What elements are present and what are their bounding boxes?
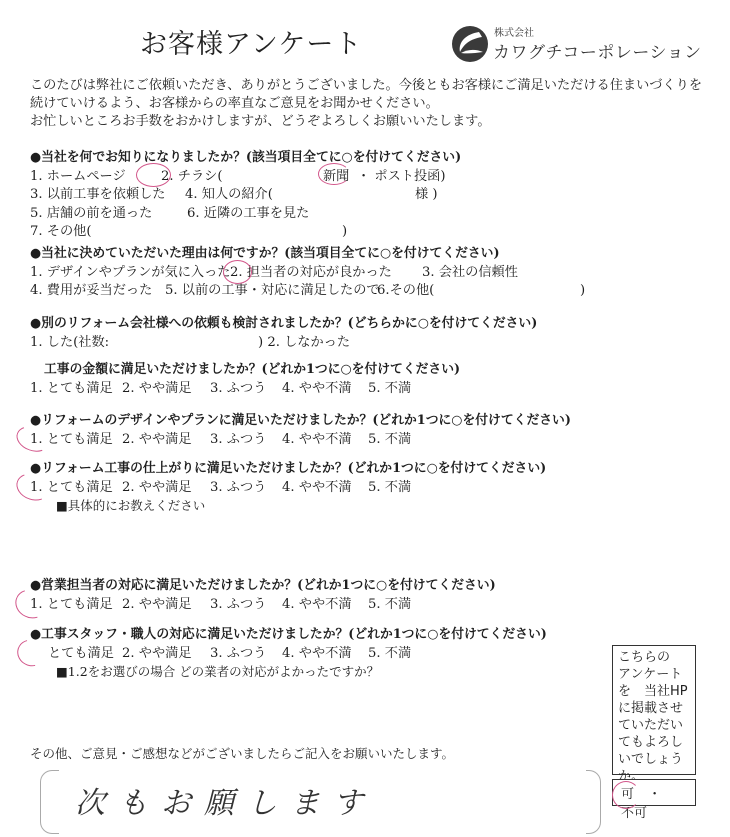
option[interactable]: 2. やや満足 — [122, 479, 192, 498]
option[interactable]: 1. ホームページ — [30, 168, 126, 187]
question-heading: ●リフォームのデザインやプランに満足いただけましたか？(どれか1つに○を付けてく… — [30, 412, 571, 431]
question-finish-satisfaction: ●リフォーム工事の仕上がりに満足いただけましたか？(どれか1つに○を付けてくださ… — [30, 460, 710, 516]
option: 様 ) — [415, 186, 438, 205]
option[interactable]: 1. とても満足 — [30, 380, 113, 399]
question-staff-satisfaction: ●工事スタッフ・職人の対応に満足いただけましたか？(どれか1つに○を付けてくださ… — [30, 626, 710, 682]
page-title: お客様アンケート — [140, 22, 362, 61]
separator: ・ — [648, 787, 661, 802]
option[interactable]: 4. やや不満 — [282, 645, 352, 664]
option[interactable]: 2. やや満足 — [122, 380, 192, 399]
pen-circle-mark — [318, 163, 350, 185]
option[interactable]: ) 2. しなかった — [258, 334, 350, 353]
question-design-satisfaction: ●リフォームのデザインやプランに満足いただけましたか？(どれか1つに○を付けてく… — [30, 412, 710, 449]
option[interactable]: 1. した(社数: — [30, 334, 109, 353]
intro-line: このたびは弊社にご依頼いただき、ありがとうございました。今後ともお客様にご満足い… — [30, 77, 720, 95]
permission-line: いでしょう — [618, 751, 690, 768]
option[interactable]: 3. ふつう — [210, 380, 266, 399]
question-heading: 工事の金額に満足いただけましたか？(どれか1つに○を付けてください) — [44, 361, 460, 380]
option[interactable]: 4. やや不満 — [282, 596, 352, 615]
question-heading: ●当社に決めていただいた理由は何ですか？(該当項目全てに○を付けてください) — [30, 245, 500, 264]
option-selected[interactable]: 2. 担当者の対応が良かった — [230, 264, 392, 283]
permission-line: ていただい — [618, 717, 690, 734]
option[interactable]: 4. やや不満 — [282, 431, 352, 450]
intro-text: このたびは弊社にご依頼いただき、ありがとうございました。今後ともお客様にご満足い… — [30, 77, 720, 131]
option[interactable]: 2. やや満足 — [122, 431, 192, 450]
intro-line: 続けていけるよう、お客様からの率直なご意見をお聞かせください。 — [30, 95, 720, 113]
company-name: カワグチコーポレーション — [493, 38, 702, 63]
question-heading: ●別のリフォーム会社様への依頼も検討されましたか？(どちらかに○を付けてください… — [30, 315, 537, 334]
permission-line: こちらの — [618, 649, 690, 666]
option[interactable]: 5. 不満 — [368, 479, 411, 498]
option[interactable]: 4. やや不満 — [282, 479, 352, 498]
option[interactable]: 3. ふつう — [210, 645, 266, 664]
comments-handwritten-answer[interactable]: 次もお願します — [75, 778, 376, 822]
option[interactable]: 3. ふつう — [210, 431, 266, 450]
option[interactable]: 5. 店舗の前を通った — [30, 205, 152, 224]
option[interactable]: 1. デザインやプランが気に入った — [30, 264, 230, 283]
question-other-companies: ●別のリフォーム会社様への依頼も検討されましたか？(どちらかに○を付けてください… — [30, 315, 710, 352]
company-logo: 株式会社 カワグチコーポレーション — [452, 24, 692, 64]
permission-line: てもよろし — [618, 734, 690, 751]
option[interactable]: 3. ふつう — [210, 596, 266, 615]
company-logo-icon — [452, 26, 488, 62]
question-how-found: ●当社を何でお知りになりましたか？(該当項目全てに○を付けてください) 1. ホ… — [30, 149, 710, 242]
question-heading: ●当社を何でお知りになりましたか？(該当項目全てに○を付けてください) — [30, 149, 461, 168]
option[interactable]: 3. ふつう — [210, 479, 266, 498]
question-heading: ●リフォーム工事の仕上がりに満足いただけましたか？(どれか1つに○を付けてくださ… — [30, 460, 546, 479]
permission-line: を 当社HP — [618, 683, 690, 700]
permission-line: に掲載させ — [618, 700, 690, 717]
pen-circle-mark — [136, 163, 171, 187]
subprompt: ■具体的にお教えください — [56, 497, 205, 516]
option[interactable]: 5. 不満 — [368, 431, 411, 450]
option[interactable]: 3. 会社の信頼性 — [422, 264, 518, 283]
comment-bracket-left — [40, 770, 59, 834]
option[interactable]: 5. 不満 — [368, 596, 411, 615]
subprompt: ■1.2をお選びの場合 どの業者の対応がよかったですか？ — [56, 663, 379, 682]
option[interactable]: 2. やや満足 — [122, 645, 192, 664]
option[interactable]: 4. 知人の紹介( — [185, 186, 273, 205]
option[interactable]: 3. 以前工事を依頼した — [30, 186, 165, 205]
hp-permission-question: こちらの アンケート を 当社HP に掲載させ ていただい てもよろし いでしょ… — [612, 645, 696, 775]
permission-line: アンケート — [618, 666, 690, 683]
option[interactable]: 5. 不満 — [368, 645, 411, 664]
option: ) — [342, 223, 347, 242]
option[interactable]: 6.その他( — [377, 282, 434, 301]
comments-label: その他、ご意見・ご感想などがございましたらご記入をお願いいたします。 — [30, 744, 454, 762]
intro-line: お忙しいところお手数をおかけしますが、どうぞよろしくお願いいたします。 — [30, 113, 720, 131]
question-heading: ●工事スタッフ・職人の対応に満足いただけましたか？(どれか1つに○を付けてくださ… — [30, 626, 547, 645]
company-prefix: 株式会社 — [494, 24, 534, 39]
option[interactable]: 4. やや不満 — [282, 380, 352, 399]
comment-bracket-right — [586, 770, 601, 834]
pen-circle-mark — [612, 781, 640, 809]
option[interactable]: 7. その他( — [30, 223, 91, 242]
option[interactable]: ・ ポスト投函) — [357, 168, 445, 187]
option[interactable]: 5. 以前の工事・対応に満足したので — [165, 282, 380, 301]
option[interactable]: 5. 不満 — [368, 380, 411, 399]
option[interactable]: 2. やや満足 — [122, 596, 192, 615]
option[interactable]: 4. 費用が妥当だった — [30, 282, 152, 301]
option-selected[interactable]: とても満足 — [48, 645, 114, 664]
option: ) — [580, 282, 585, 301]
question-reason-chosen: ●当社に決めていただいた理由は何ですか？(該当項目全てに○を付けてください) 1… — [30, 245, 710, 301]
pen-circle-mark — [223, 260, 252, 284]
question-price-satisfaction: 工事の金額に満足いただけましたか？(どれか1つに○を付けてください) 1. とて… — [30, 361, 710, 398]
option[interactable]: 6. 近隣の工事を見た — [187, 205, 309, 224]
question-heading: ●営業担当者の対応に満足いただけましたか？(どれか1つに○を付けてください) — [30, 577, 496, 596]
question-sales-satisfaction: ●営業担当者の対応に満足いただけましたか？(どれか1つに○を付けてください) 1… — [30, 577, 710, 614]
